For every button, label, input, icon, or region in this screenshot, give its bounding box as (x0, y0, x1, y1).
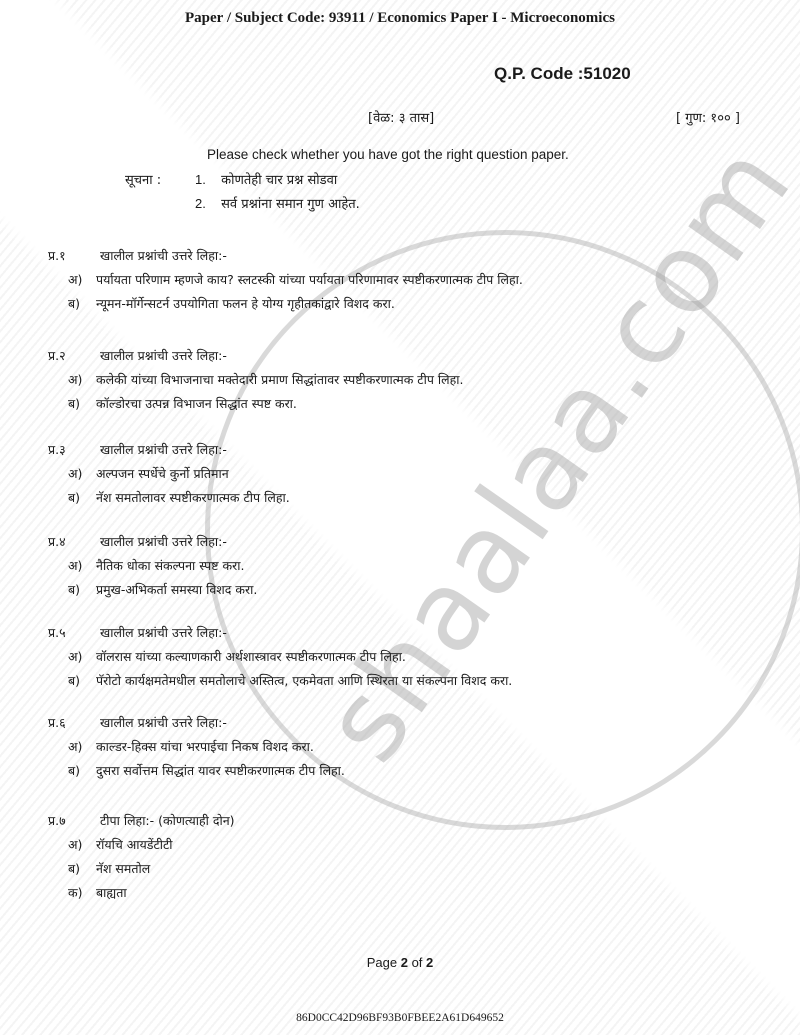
page-total: 2 (426, 955, 433, 970)
sub-question-text: काल्डर-हिक्स यांचा भरपाईचा निकष विशद करा… (96, 738, 314, 755)
sub-question-label: अ) (68, 836, 82, 853)
sub-question-label: अ) (68, 465, 82, 482)
question-heading: खालील प्रश्नांची उत्तरे लिहा:- (100, 714, 227, 731)
question-heading: खालील प्रश्नांची उत्तरे लिहा:- (100, 347, 227, 364)
sub-question-label: ब) (68, 860, 80, 877)
question-number: प्र.४ (48, 533, 66, 550)
sub-question-label: अ) (68, 371, 82, 388)
sub-question-text: बाह्यता (96, 884, 127, 901)
watermark-text: shaalaa.com (298, 284, 701, 783)
sub-question-text: अल्पजन स्पर्धेचे कुर्नो प्रतिमान (96, 465, 229, 482)
sub-question-text: न्यूमन-मॉर्गेन्सटर्न उपयोगिता फलन हे योग… (96, 295, 395, 312)
question-number: प्र.७ (48, 812, 66, 829)
page-current: 2 (401, 955, 408, 970)
document-hash: 86D0CC42D96BF93B0FBEE2A61D649652 (0, 1012, 800, 1024)
instructions-label: सूचना : (125, 170, 161, 188)
sub-question-text: कॉल्डोरचा उत्पन्न विभाजन सिद्धांत स्पष्ट… (96, 395, 297, 412)
sub-question-text: रॉयचि आयडेंटीटी (96, 836, 173, 853)
sub-question-text: दुसरा सर्वोत्तम सिद्धांत यावर स्पष्टीकरण… (96, 762, 345, 779)
sub-question-text: नॅश समतोलावर स्पष्टीकरणात्मक टीप लिहा. (96, 489, 290, 506)
sub-question-label: क) (68, 884, 82, 901)
page-number: Page 2 of 2 (0, 955, 800, 970)
question-number: प्र.३ (48, 441, 66, 458)
sub-question-text: नॅश समतोल (96, 860, 150, 877)
instruction-item: 2. सर्व प्रश्नांना समान गुण आहेत. (195, 194, 360, 212)
qp-code: Q.P. Code :51020 (494, 64, 631, 84)
question-heading: खालील प्रश्नांची उत्तरे लिहा:- (100, 247, 227, 264)
page-mid: of (408, 955, 426, 970)
question-heading: खालील प्रश्नांची उत्तरे लिहा:- (100, 533, 227, 550)
page-prefix: Page (367, 955, 401, 970)
instruction-number: 1. (195, 172, 217, 187)
question-number: प्र.१ (48, 247, 66, 264)
sub-question-label: ब) (68, 672, 80, 689)
instruction-text: सर्व प्रश्नांना समान गुण आहेत. (221, 197, 360, 212)
question-number: प्र.२ (48, 347, 66, 364)
question-heading: टीपा लिहा:- (कोणत्याही दोन) (100, 812, 235, 829)
sub-question-text: कलेकी यांच्या विभाजनाचा मक्तेदारी प्रमाण… (96, 371, 463, 388)
sub-question-label: अ) (68, 738, 82, 755)
sub-question-label: अ) (68, 271, 82, 288)
exam-duration: [वेळ: ३ तास] (368, 108, 434, 126)
question-number: प्र.५ (48, 624, 66, 641)
sub-question-label: ब) (68, 762, 80, 779)
check-paper-note: Please check whether you have got the ri… (207, 147, 569, 162)
sub-question-label: अ) (68, 557, 82, 574)
sub-question-text: पर्यायता परिणाम म्हणजे काय? स्लटस्की यां… (96, 271, 523, 288)
paper-title: Paper / Subject Code: 93911 / Economics … (0, 10, 800, 27)
sub-question-label: ब) (68, 581, 80, 598)
instruction-item: 1. कोणतेही चार प्रश्न सोडवा (195, 170, 337, 188)
sub-question-label: ब) (68, 295, 80, 312)
sub-question-text: पॅरोटो कार्यक्षमतेमधील समतोलाचे अस्तित्व… (96, 672, 512, 689)
question-number: प्र.६ (48, 714, 66, 731)
sub-question-text: नैतिक धोका संकल्पना स्पष्ट करा. (96, 557, 244, 574)
sub-question-text: वॉलरास यांच्या कल्याणकारी अर्थशास्त्रावर… (96, 648, 406, 665)
sub-question-label: अ) (68, 648, 82, 665)
instruction-number: 2. (195, 196, 217, 211)
question-heading: खालील प्रश्नांची उत्तरे लिहा:- (100, 441, 227, 458)
sub-question-label: ब) (68, 489, 80, 506)
sub-question-text: प्रमुख-अभिकर्ता समस्या विशद करा. (96, 581, 257, 598)
instruction-text: कोणतेही चार प्रश्न सोडवा (221, 173, 337, 188)
question-heading: खालील प्रश्नांची उत्तरे लिहा:- (100, 624, 227, 641)
sub-question-label: ब) (68, 395, 80, 412)
total-marks: [ गुण: १०० ] (676, 108, 740, 126)
